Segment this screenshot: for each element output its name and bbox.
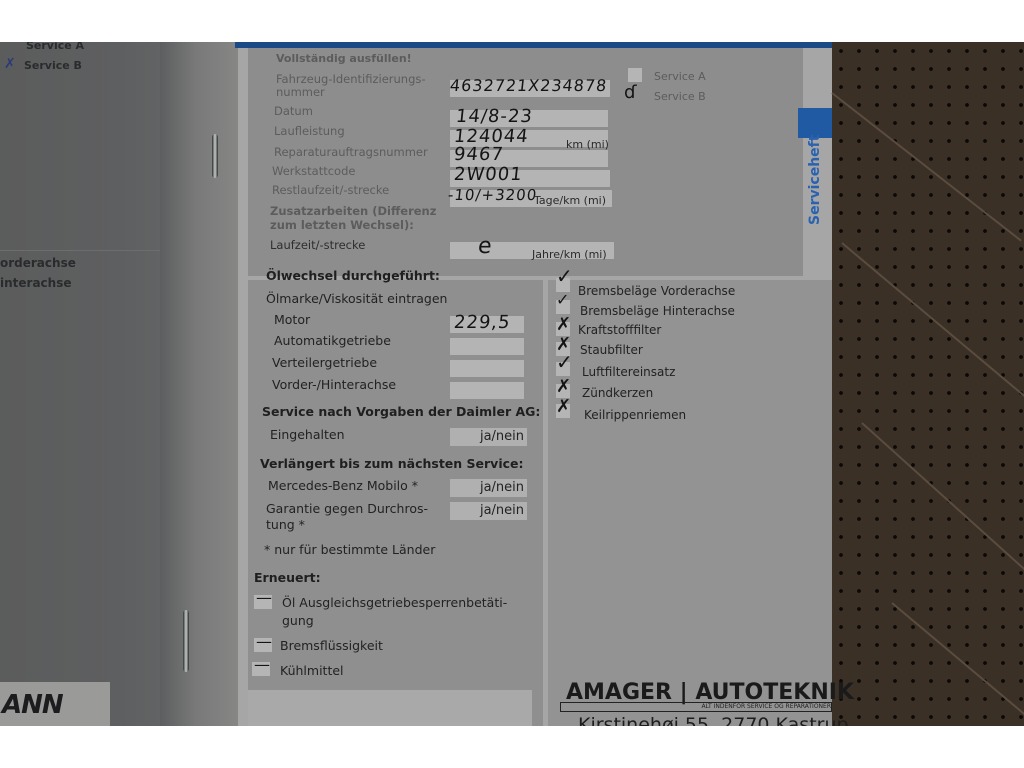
dash-mark-icon: — bbox=[256, 634, 272, 650]
check-mark-icon: ✓ bbox=[556, 266, 573, 286]
runtime-unit: Jahre/km (mi) bbox=[532, 248, 607, 261]
checklist-item-label: Luftfiltereinsatz bbox=[582, 365, 675, 379]
left-line-2: interachse bbox=[0, 276, 71, 290]
additional-work-label-cont: zum letzten Wechsel): bbox=[270, 218, 414, 232]
checklist-item-label: Bremsbeläge Hinterachse bbox=[580, 304, 735, 318]
check-mark-icon: ✓ bbox=[556, 352, 573, 372]
dash-mark-icon: — bbox=[256, 590, 272, 606]
footnote: * nur für bestimmte Länder bbox=[264, 542, 435, 557]
mobilo-yes-no-field[interactable]: ja/nein bbox=[450, 479, 527, 497]
oil-row-field[interactable] bbox=[450, 360, 524, 377]
cross-mark-icon: ✗ bbox=[556, 378, 571, 396]
renewed-item-label: Bremsflüssigkeit bbox=[280, 638, 383, 653]
staple-icon bbox=[212, 134, 218, 178]
remaining-value: -10/+3200 bbox=[447, 186, 538, 204]
order-number-label: Reparaturauftragsnummer bbox=[274, 145, 428, 159]
extended-row-label: Garantie gegen Durchros- bbox=[266, 501, 428, 516]
notes-field[interactable] bbox=[248, 690, 532, 726]
remaining-label: Restlaufzeit/-strecke bbox=[272, 183, 389, 197]
date-value: 14/8-23 bbox=[455, 106, 534, 127]
order-number-value: 9467 bbox=[453, 144, 505, 165]
workshop-stamp-address: Kirstinehøj 55, 2770 Kastrup bbox=[578, 714, 849, 726]
oil-row-label: Vorder-/Hinterachse bbox=[272, 377, 396, 392]
staple-icon bbox=[183, 610, 189, 672]
spine-label: Serviceheft bbox=[807, 155, 823, 225]
instruction-text: Vollständig ausfüllen! bbox=[276, 52, 412, 65]
left-page: Service A ✗ Service B orderachse interac… bbox=[0, 42, 170, 726]
mileage-label: Laufleistung bbox=[274, 124, 345, 138]
remaining-unit: Tage/km (mi) bbox=[534, 194, 606, 207]
extended-row-label: Mercedes-Benz Mobilo * bbox=[268, 478, 418, 493]
left-logo-text: ANN bbox=[2, 690, 63, 720]
extended-row-label-cont: tung * bbox=[266, 517, 305, 532]
runtime-value: e bbox=[477, 234, 494, 259]
checklist-item-label: Keilrippenriemen bbox=[584, 408, 686, 422]
renewed-item-label: Öl Ausgleichsgetriebesperrenbetäti- bbox=[282, 595, 507, 610]
seat-seam bbox=[841, 242, 1024, 398]
workshop-code-label: Werkstattcode bbox=[272, 164, 355, 178]
left-service-b-label: Service B bbox=[24, 59, 82, 72]
oil-row-field[interactable] bbox=[450, 338, 524, 355]
left-service-a-label: Service A bbox=[26, 42, 84, 52]
left-service-b-check-icon: ✗ bbox=[4, 56, 16, 72]
runtime-label: Laufzeit/-strecke bbox=[270, 238, 365, 252]
spine-blue-tab bbox=[798, 108, 832, 138]
daimler-row-label: Eingehalten bbox=[270, 427, 345, 442]
vin-value: 4632721X234878 bbox=[449, 76, 608, 95]
extended-title: Verlängert bis zum nächsten Service: bbox=[260, 456, 524, 471]
dash-mark-icon: — bbox=[254, 657, 270, 673]
checklist-item-label: Zündkerzen bbox=[582, 386, 653, 400]
service-b-label: Service B bbox=[654, 90, 706, 103]
photo-frame: Service A ✗ Service B orderachse interac… bbox=[0, 42, 1024, 726]
seat-seam bbox=[891, 602, 1024, 726]
checklist-item-label: Bremsbeläge Vorderachse bbox=[578, 284, 735, 298]
service-b-check-icon[interactable]: ɗ bbox=[624, 84, 637, 102]
leather-seat-background bbox=[832, 42, 1024, 726]
vin-label: Fahrzeug-Identifizierungs- bbox=[276, 72, 426, 86]
left-logo: ANN bbox=[0, 682, 110, 726]
date-label: Datum bbox=[274, 104, 313, 118]
oil-change-subtitle: Ölmarke/Viskosität eintragen bbox=[266, 291, 447, 306]
renewed-item-label-cont: gung bbox=[282, 613, 314, 628]
booklet-gutter bbox=[160, 42, 250, 726]
checklist-item-label: Staubfilter bbox=[580, 343, 643, 357]
oil-row-value: 229,5 bbox=[453, 312, 512, 333]
vin-label-cont: nummer bbox=[276, 85, 325, 99]
oil-row-label: Automatikgetriebe bbox=[274, 333, 391, 348]
oil-row-label: Motor bbox=[274, 312, 310, 327]
cross-mark-icon: ✗ bbox=[556, 316, 571, 334]
oil-change-title: Ölwechsel durchgeführt: bbox=[266, 268, 440, 283]
service-a-checkbox[interactable] bbox=[628, 68, 642, 82]
additional-work-label: Zusatzarbeiten (Differenz bbox=[270, 204, 436, 218]
daimler-yes-no-field[interactable]: ja/nein bbox=[450, 428, 527, 446]
checklist-item-label: Kraftstofffilter bbox=[578, 323, 661, 337]
oil-row-label: Verteilergetriebe bbox=[272, 355, 377, 370]
daimler-title: Service nach Vorgaben der Daimler AG: bbox=[262, 404, 540, 419]
check-mark-icon: ✓ bbox=[556, 292, 569, 308]
oil-row-field[interactable] bbox=[450, 382, 524, 399]
renewed-title: Erneuert: bbox=[254, 570, 321, 585]
workshop-stamp-tagline: ALT INDENFOR SERVICE OG REPARATIONER bbox=[560, 702, 832, 712]
workshop-code-value: 2W001 bbox=[453, 164, 524, 185]
seat-seam bbox=[861, 422, 1024, 584]
service-a-label: Service A bbox=[654, 70, 706, 83]
left-divider bbox=[0, 250, 160, 251]
cross-mark-icon: ✗ bbox=[556, 398, 571, 416]
renewed-item-label: Kühlmittel bbox=[280, 663, 344, 678]
rust-warranty-yes-no-field[interactable]: ja/nein bbox=[450, 502, 527, 520]
seat-seam bbox=[831, 92, 1021, 241]
left-line-1: orderachse bbox=[0, 256, 76, 270]
